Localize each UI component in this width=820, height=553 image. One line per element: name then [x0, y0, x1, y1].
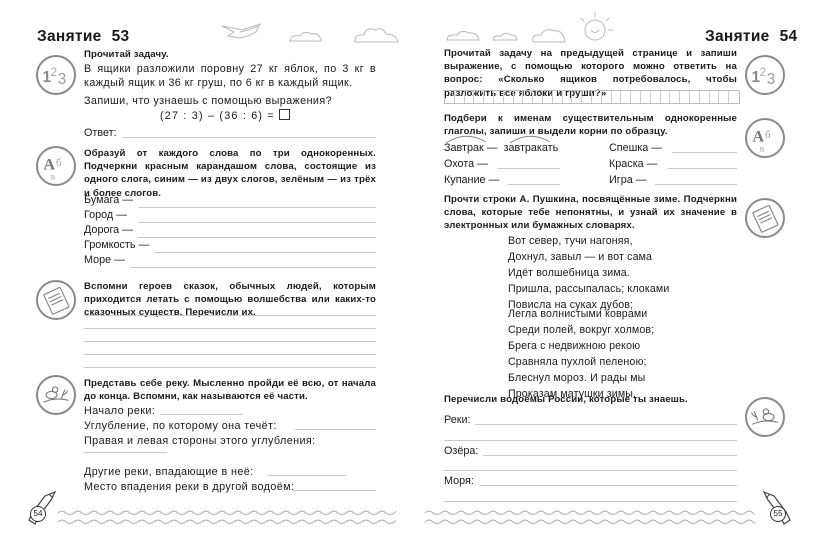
poem-line: Дохнул, завыл — и вот сама: [508, 249, 669, 265]
task-instruction: Образуй от каждого слова по три однокоре…: [84, 147, 376, 200]
grid-cell[interactable]: [661, 91, 671, 103]
poem-stanza-1: Вот север, тучи нагоняя,Дохнул, завыл — …: [508, 233, 669, 313]
waterbody-answer-line[interactable]: [444, 501, 737, 502]
grid-cell[interactable]: [729, 91, 739, 103]
task-question: Запиши, что узнаешь с помощью выражения?: [84, 94, 376, 108]
word-label: Охота —: [444, 158, 488, 170]
word-row: Купание —: [444, 174, 499, 186]
grid-cell[interactable]: [690, 91, 700, 103]
grid-cell[interactable]: [612, 91, 622, 103]
book-icon: [36, 280, 76, 320]
river-answer-line[interactable]: [293, 490, 376, 491]
word-answer-line[interactable]: [508, 184, 560, 185]
grid-cell[interactable]: [474, 91, 484, 103]
word-row: Игра —: [609, 174, 647, 186]
river-answer-line[interactable]: [160, 414, 243, 415]
word-label: Краска —: [609, 158, 657, 170]
page-number: 55: [774, 509, 783, 518]
page-number-badge: 55: [770, 506, 786, 522]
right-lesson-title: Занятие54: [705, 28, 797, 46]
answer-grid[interactable]: [444, 90, 740, 104]
writing-line[interactable]: [84, 328, 376, 329]
page-number-badge: 54: [30, 506, 46, 522]
word-label: Море —: [84, 254, 125, 266]
grid-cell[interactable]: [504, 91, 514, 103]
grid-cell[interactable]: [651, 91, 661, 103]
grid-cell[interactable]: [670, 91, 680, 103]
grid-cell[interactable]: [494, 91, 504, 103]
word-answer-line[interactable]: [668, 168, 737, 169]
word-answer-line[interactable]: [655, 184, 737, 185]
word-row: Море —: [84, 254, 125, 266]
poem-line: Брега с недвижною рекою: [508, 338, 654, 354]
alphabet-abv-icon: Абв: [36, 146, 76, 186]
waterbody-answer-line[interactable]: [480, 485, 737, 486]
waterbody-prompt: Моря:: [444, 474, 474, 488]
word-row: Спешка —: [609, 142, 662, 154]
grid-cell[interactable]: [700, 91, 710, 103]
grid-cell[interactable]: [455, 91, 465, 103]
example-row: Завтрак — завтракать: [444, 142, 558, 154]
svg-text:в: в: [51, 172, 56, 183]
grid-cell[interactable]: [680, 91, 690, 103]
grid-cell[interactable]: [484, 91, 494, 103]
svg-text:б: б: [765, 129, 771, 141]
left-lesson-title: Занятие53: [37, 28, 129, 46]
answer-box[interactable]: [279, 109, 290, 120]
svg-text:в: в: [760, 144, 765, 155]
svg-text:3: 3: [58, 71, 67, 88]
grid-cell[interactable]: [719, 91, 729, 103]
clouds-sun-decoration: [445, 10, 620, 46]
example-noun: Завтрак —: [444, 142, 498, 154]
poem-line: Пришла, рассыпалась; клоками: [508, 281, 669, 297]
expression-text: (27 : 3) – (36 : 6) =: [160, 110, 275, 122]
word-answer-line[interactable]: [155, 252, 376, 253]
river-prompt: Правая и левая стороны этого углубления:: [84, 434, 316, 448]
word-label: Купание —: [444, 174, 499, 186]
river-prompt: Другие реки, впадающие в неё:: [84, 465, 254, 479]
grid-cell[interactable]: [445, 91, 455, 103]
grid-cell[interactable]: [621, 91, 631, 103]
grid-cell[interactable]: [563, 91, 573, 103]
wave-decoration: [425, 505, 755, 529]
waterbody-answer-line[interactable]: [444, 470, 737, 471]
alphabet-abv-icon: Абв: [745, 118, 785, 158]
lesson-number: 54: [780, 28, 798, 45]
bird-on-branch-icon: [745, 397, 785, 437]
writing-line[interactable]: [84, 367, 376, 368]
grid-cell[interactable]: [514, 91, 524, 103]
lesson-number: 53: [112, 28, 130, 45]
word-label: Спешка —: [609, 142, 662, 154]
task-instruction: Перечисли водоёмы России, которые ты зна…: [444, 393, 737, 406]
bird-clouds-decoration: [220, 20, 405, 46]
writing-line[interactable]: [84, 341, 376, 342]
task-instruction: Представь себе реку. Мысленно пройди её …: [84, 377, 376, 403]
answer-line[interactable]: [123, 137, 376, 138]
grid-cell[interactable]: [641, 91, 651, 103]
task-instruction: Вспомни героев сказок, обычных людей, ко…: [84, 280, 376, 320]
svg-text:3: 3: [767, 71, 776, 88]
example-verb: завтракать: [504, 142, 559, 154]
poem-line: Среди полей, вокруг холмов;: [508, 322, 654, 338]
grid-cell[interactable]: [582, 91, 592, 103]
poem-line: Вот север, тучи нагоняя,: [508, 233, 669, 249]
book-icon: [745, 198, 785, 238]
task-text: В ящики разложили поровну 27 кг яблок, п…: [84, 62, 376, 90]
bird-on-branch-icon: [36, 375, 76, 415]
river-prompt: Начало реки:: [84, 404, 155, 418]
lesson-label: Занятие: [705, 28, 770, 45]
word-label: Дорога —: [84, 224, 133, 236]
river-answer-line[interactable]: [268, 475, 346, 476]
word-row: Дорога —: [84, 224, 133, 236]
waterbody-prompt: Озёра:: [444, 444, 478, 458]
poem-line: Легла волнистыми коврами: [508, 306, 654, 322]
grid-cell[interactable]: [533, 91, 543, 103]
waterbody-prompt: Реки:: [444, 413, 471, 427]
waterbody-answer-line[interactable]: [444, 440, 737, 441]
grid-cell[interactable]: [572, 91, 582, 103]
grid-cell[interactable]: [592, 91, 602, 103]
grid-cell[interactable]: [710, 91, 720, 103]
word-answer-line[interactable]: [672, 152, 737, 153]
svg-text:2: 2: [51, 66, 58, 79]
word-row: Охота —: [444, 158, 488, 170]
numbers-123-icon: 123: [36, 55, 76, 95]
page-number: 54: [34, 509, 43, 518]
lesson-label: Занятие: [37, 28, 102, 45]
poem-line: Сравняла пухлой пеленою;: [508, 354, 654, 370]
word-label: Город —: [84, 209, 127, 221]
grid-cell[interactable]: [553, 91, 563, 103]
word-answer-line[interactable]: [497, 168, 560, 169]
word-row: Краска —: [609, 158, 657, 170]
grid-cell[interactable]: [543, 91, 553, 103]
poem-stanza-2: Легла волнистыми коврамиСреди полей, вок…: [508, 306, 654, 402]
waterbody-answer-line[interactable]: [475, 424, 737, 425]
word-row: Громкость —: [84, 239, 149, 251]
river-prompt: Место впадения реки в другой водоём:: [84, 480, 294, 494]
waterbody-answer-line[interactable]: [483, 455, 737, 456]
river-prompt: Углубление, по которому она течёт:: [84, 419, 277, 433]
word-label: Бумага —: [84, 194, 133, 206]
river-answer-line[interactable]: [295, 429, 376, 430]
math-expression: (27 : 3) – (36 : 6) =: [160, 109, 290, 123]
poem-line: Идёт волшебница зима.: [508, 265, 669, 281]
word-label: Игра —: [609, 174, 647, 186]
numbers-123-icon: 123: [745, 55, 785, 95]
poem-line: Блеснул мороз. И рады мы: [508, 370, 654, 386]
river-answer-line[interactable]: [84, 452, 167, 453]
svg-text:б: б: [56, 157, 62, 169]
word-label: Громкость —: [84, 239, 149, 251]
grid-cell[interactable]: [465, 91, 475, 103]
word-row: Бумага —: [84, 194, 133, 206]
wave-decoration: [58, 505, 396, 529]
writing-line[interactable]: [84, 354, 376, 355]
task-instruction: Прочти строки А. Пушкина, посвящённые зи…: [444, 193, 737, 233]
writing-line[interactable]: [84, 315, 376, 316]
grid-cell[interactable]: [602, 91, 612, 103]
word-answer-line[interactable]: [138, 207, 376, 208]
task-heading: Прочитай задачу.: [84, 48, 376, 61]
word-answer-line[interactable]: [130, 267, 376, 268]
svg-text:2: 2: [760, 66, 767, 79]
word-answer-line[interactable]: [138, 222, 376, 223]
word-answer-line[interactable]: [138, 237, 376, 238]
word-row: Город —: [84, 209, 127, 221]
grid-cell[interactable]: [631, 91, 641, 103]
grid-cell[interactable]: [523, 91, 533, 103]
answer-label: Ответ:: [84, 126, 117, 140]
